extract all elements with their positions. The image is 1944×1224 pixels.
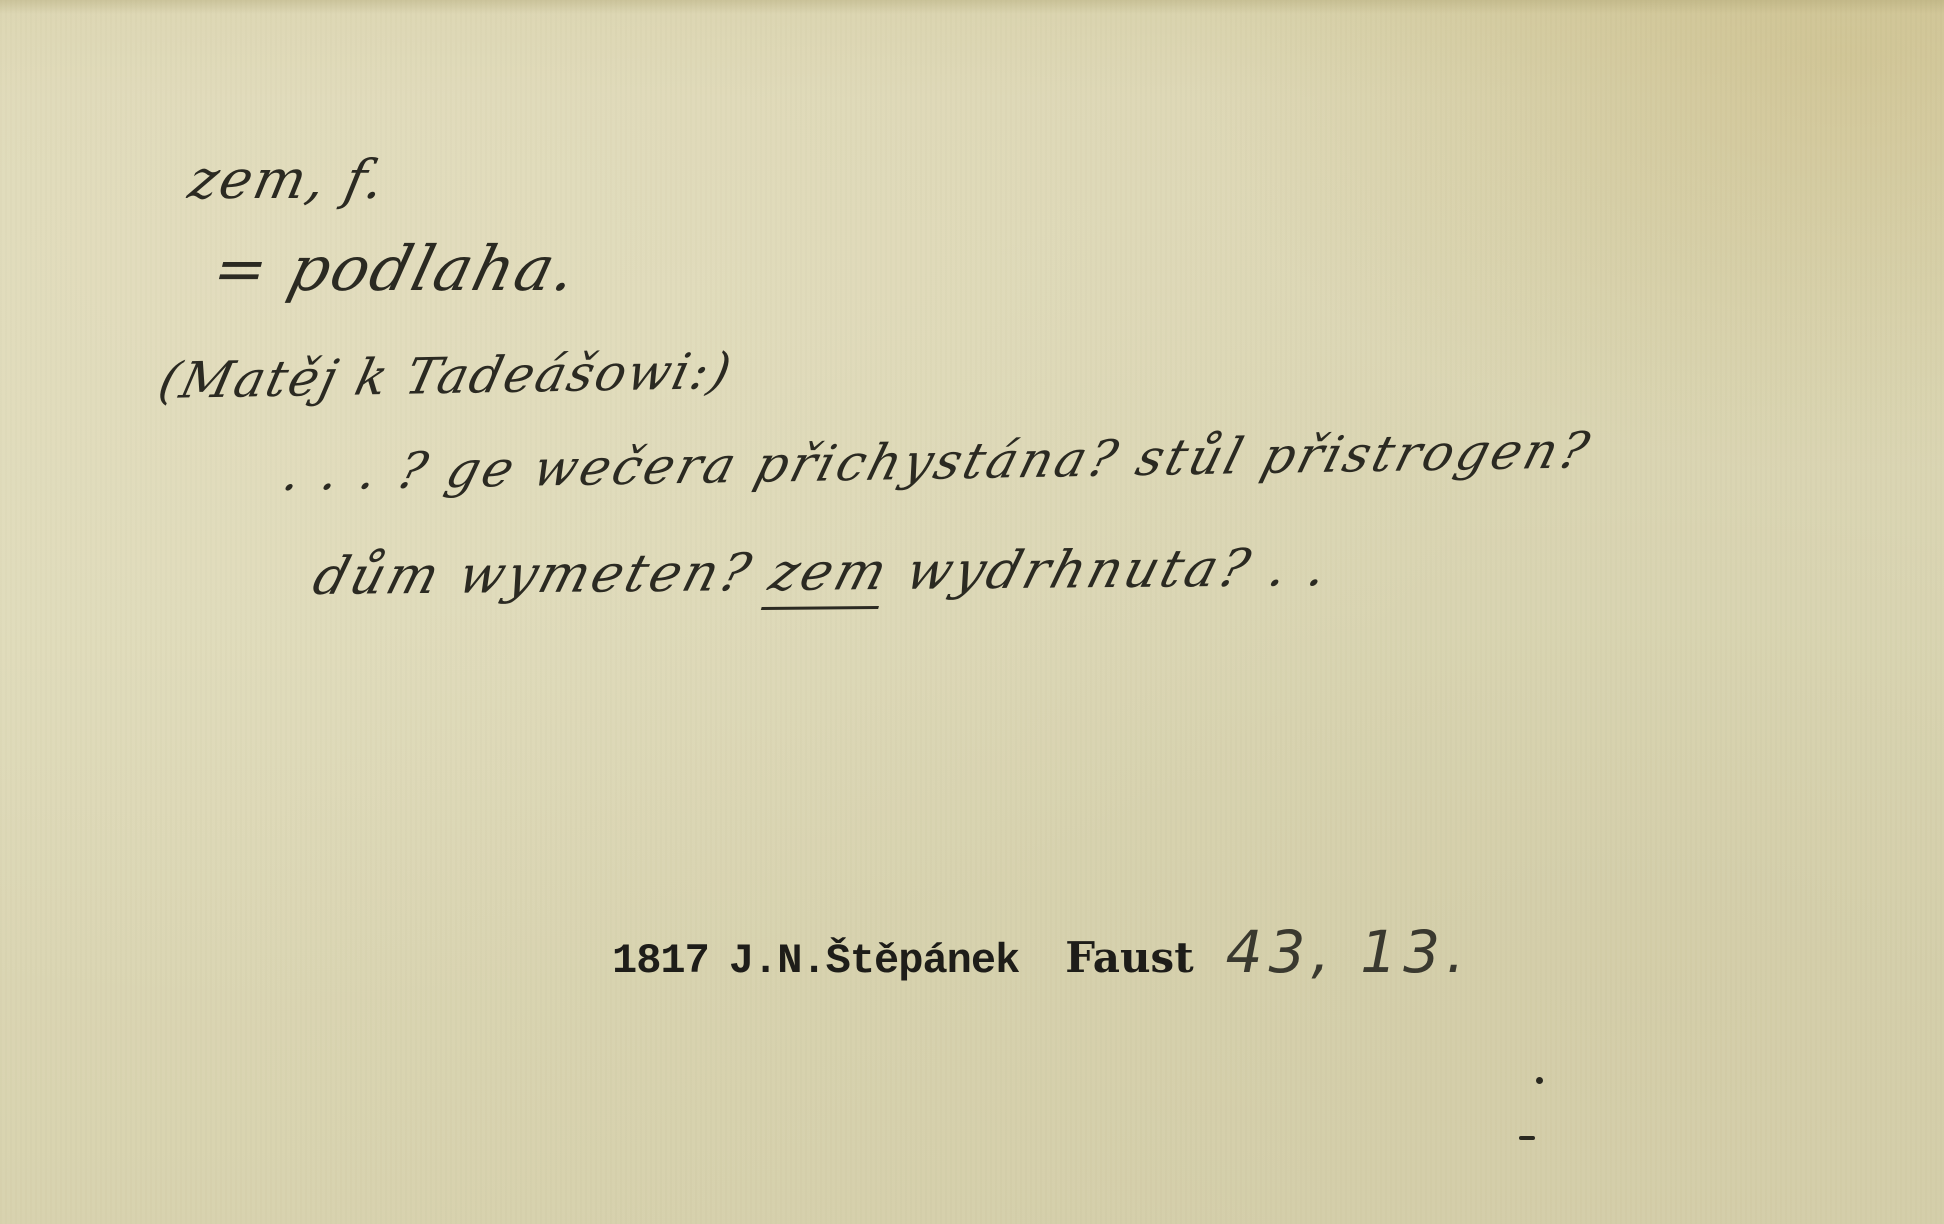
quotation-text-before: dům wymeten? (307, 543, 780, 607)
headword: zem, f. (183, 148, 392, 211)
quotation-text-after: wydrhnuta? . . (880, 538, 1338, 602)
citation-author: J.N.Štěpánek (729, 937, 1019, 985)
quotation-line-2: dům wymeten? zem wydrhnuta? . . (307, 538, 1338, 607)
underlined-headword-occurrence: zem (761, 542, 896, 610)
source-note: (Matěj k Tadeášowi:) (153, 342, 738, 410)
citation-page-reference: 43, 13. (1226, 918, 1471, 986)
ink-speck (1536, 1077, 1543, 1084)
citation-stamp: 1817 J.N.Štěpánek Faust 43, 13. (612, 918, 1471, 986)
definition: = podlaha. (206, 232, 586, 305)
citation-work: Faust (1065, 933, 1193, 982)
citation-year: 1817 (612, 937, 709, 985)
quotation-line-1: . . . ? ge wečera přichystána? stůl přis… (277, 421, 1598, 502)
index-card: zem, f. = podlaha. (Matěj k Tadeášowi:) … (0, 0, 1944, 1224)
ink-mark (1519, 1136, 1535, 1140)
